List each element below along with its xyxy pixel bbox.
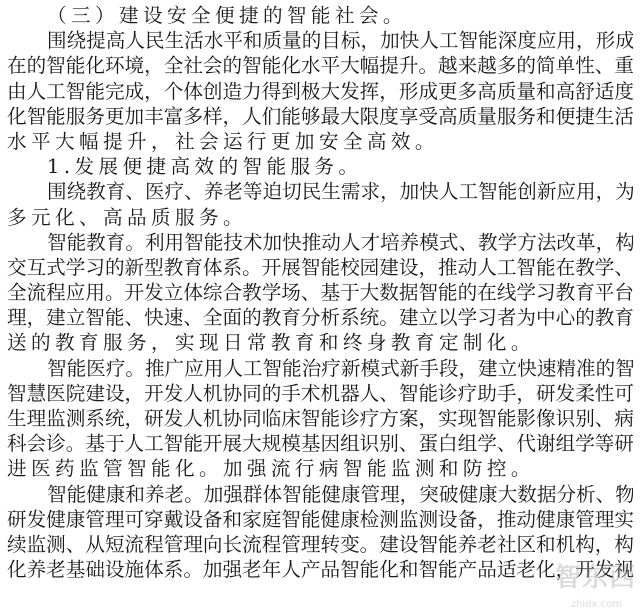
document-body: （三）建设安全便捷的智能社会。 围绕提高人民生活水平和质量的目标，加快人工智能深… [7, 3, 633, 582]
watermark-url: zhidx.com [571, 599, 622, 610]
paragraph-line: 生理监测系统，研发人机协同临床智能诊疗方案，实现智能影像识别、病理分型和智能多学 [7, 406, 633, 431]
paragraph-line: 由人工智能完成，个体创造力得到极大发挥，形成更多高质量和高舒适度的就业岗位；精准 [7, 79, 633, 104]
subsection-heading: 1.发展便捷高效的智能服务。 [7, 154, 633, 179]
paragraph-line: 智能健康和养老。加强群体智能健康管理，突破健康大数据分析、物联网等关键技术， [7, 482, 633, 507]
section-heading: （三）建设安全便捷的智能社会。 [7, 3, 633, 28]
paragraph-line: 智能医疗。推广应用人工智能治疗新模式新手段，建立快速精准的智能医疗体系。探索 [7, 356, 633, 381]
paragraph-line: 续监测、从短流程管理向长流程管理转变。建设智能养老社区和机构，构建安全便捷的智能 [7, 532, 633, 557]
paragraph-line: 送的教育服务，实现日常教育和终身教育定制化。 [7, 330, 633, 355]
paragraph-line: 在的智能化环境，全社会的智能化水平大幅提升。越来越多的简单性、重复性、危险性任务 [7, 53, 633, 78]
paragraph-line: 围绕教育、医疗、养老等迫切民生需求，加快人工智能创新应用，为公众提供个性化、 [7, 179, 633, 204]
paragraph-line: 智慧医院建设，开发人机协同的手术机器人、智能诊疗助手，研发柔性可穿戴、生物兼容的 [7, 381, 633, 406]
paragraph-line: 进医药监管智能化。加强流行病智能监测和防控。 [7, 456, 633, 481]
paragraph-line: 科会诊。基于人工智能开展大规模基因组识别、蛋白组学、代谢组学等研究和新药研发，推 [7, 431, 633, 456]
paragraph-line: 多元化、高品质服务。 [7, 205, 633, 230]
paragraph-line: 交互式学习的新型教育体系。开展智能校园建设，推动人工智能在教学、管理、资源建设等 [7, 255, 633, 280]
paragraph-line: 智能教育。利用智能技术加快推动人才培养模式、教学方法改革，构建包含智能学习、 [7, 230, 633, 255]
paragraph-line: 围绕提高人民生活水平和质量的目标，加快人工智能深度应用，形成无时不有、无处不 [7, 28, 633, 53]
paragraph-line: 理，建立智能、快速、全面的教育分析系统。建立以学习者为中心的教育环境，提供精准推 [7, 305, 633, 330]
paragraph-line: 化养老基础设施体系。加强老年人产品智能化和智能产品适老化，开发视听辅助设备、物理 [7, 557, 633, 582]
paragraph-line: 全流程应用。开发立体综合教学场、基于大数据智能的在线学习教育平台。开发智能教育助 [7, 280, 633, 305]
paragraph-line: 水平大幅提升，社会运行更加安全高效。 [7, 129, 633, 154]
paragraph-line: 化智能服务更加丰富多样，人们能够最大限度享受高质量服务和便捷生活；社会治理智能化 [7, 104, 633, 129]
watermark-logo: 智东西 [555, 557, 636, 594]
paragraph-line: 研发健康管理可穿戴设备和家庭智能健康检测监测设备，推动健康管理实现从点状监测向连 [7, 507, 633, 532]
